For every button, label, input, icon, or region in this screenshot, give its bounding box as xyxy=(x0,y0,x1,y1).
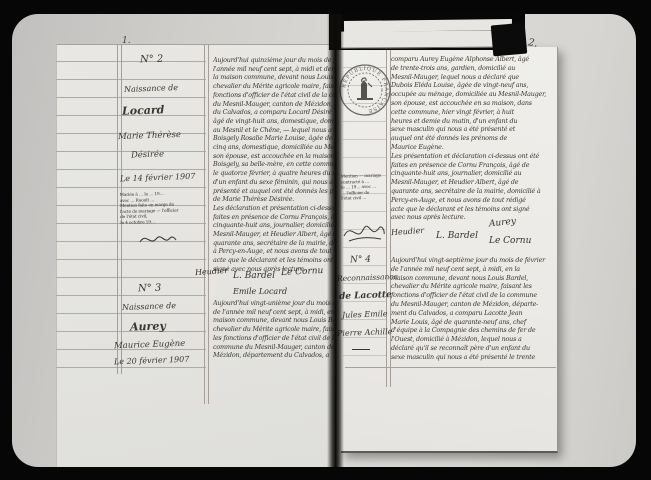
handwritten-line: Percy-en-Auge, et nous avons de tout réd… xyxy=(391,196,556,205)
act-4-surname: de Lacotte xyxy=(339,290,392,302)
handwritten-line: l'année mil neuf cent sept, à midi et de… xyxy=(213,65,334,74)
handwritten-line: chevalier du Mérite agricole maire, fais… xyxy=(213,82,334,91)
handwritten-line: Mézidon, département du Calvados, a xyxy=(213,351,334,360)
handwritten-line: Les déclaration et présentation ci-dessu… xyxy=(213,204,334,213)
handwritten-line: Marie Louis, âgé de quarante-neuf ans, c… xyxy=(391,318,556,327)
act-4-body: Aujourd'hui vingt-septième jour du mois … xyxy=(391,256,556,362)
act-3-type: Naissance de xyxy=(122,301,176,312)
handwritten-line: Mesnil-Mauger, lequel nous a déclaré que xyxy=(391,73,556,82)
act-3-surname: Aurey xyxy=(130,319,166,333)
handwritten-line: son épouse, est accouchée en la maison d… xyxy=(213,152,334,161)
handwritten-line: quarante ans, secrétaire de la mairie, d… xyxy=(213,239,334,248)
handwritten-line: de trente-trois ans, gardien, domicilié … xyxy=(391,64,556,73)
handwritten-line: l'Ouest, domicilié à Mézidon, lequel nou… xyxy=(391,335,556,344)
act-number-4: N° 4 xyxy=(350,255,371,266)
handwritten-line: maison commune, devant nous Louis Bardel… xyxy=(213,316,334,325)
handwritten-line: Boisgely, sa belle-mère, en cette commun… xyxy=(213,160,334,169)
handwritten-line: heures et demie du matin, d'un enfant du xyxy=(391,117,556,126)
handwritten-line: fonctions d'officier de l'état civil de … xyxy=(391,291,556,300)
handwritten-line: acte que le déclarant et les témoins ont… xyxy=(391,205,556,214)
act-2-surname: Locard xyxy=(122,103,165,117)
handwritten-line: de l'année mil neuf cent sept, à midi, e… xyxy=(213,308,334,317)
handwritten-line: Mesnil-Mauger, et Heudier Albert, âgé de xyxy=(213,230,334,239)
act-number-3: N° 3 xyxy=(138,283,162,295)
act-2-body: Aujourd'hui quinzième jour du mois de fé… xyxy=(213,56,334,274)
handwritten-line: Mesnil-Mauger, et Heudier Albert, âgé de xyxy=(391,178,556,187)
marriage-mention-stamp-right: Mention — mariagecontracté à …le … 19… a… xyxy=(341,172,388,201)
act-3-signature-mayor: L. Bardel xyxy=(436,231,478,241)
handwritten-line: du Calvados, a comparu Locard Désiré Emi… xyxy=(213,108,334,117)
signature-flourish-icon xyxy=(138,232,178,248)
book-gutter-shadow xyxy=(327,14,344,467)
act-number-2: N° 2 xyxy=(140,54,164,66)
handwritten-line: occupée au ménage, domiciliée au Mesnil-… xyxy=(391,90,556,99)
right-folio-number: 2. xyxy=(527,37,538,49)
handwritten-line: commune du Mesnil-Mauger, canton de xyxy=(213,343,334,352)
handwritten-line: cinquante-huit ans, journalier, domicili… xyxy=(391,169,556,178)
handwritten-line: cinquante-huit ans, journalier, domicili… xyxy=(213,221,334,230)
handwritten-line: maison commune, devant nous Louis Bardel… xyxy=(391,274,556,283)
handwritten-line: Boisgely Rosalie Marie Louise, âgée de v… xyxy=(213,134,334,143)
right-page-frame-bottom-line xyxy=(345,367,556,368)
handwritten-line: déclaré qu'il se reconnaît père d'un enf… xyxy=(391,344,556,353)
act-3-signature-witness-2: Le Cornu xyxy=(489,236,531,246)
handwritten-line: du Mesnil-Mauger, canton de Mézidon, dép… xyxy=(213,100,334,109)
act-4-given-names-2: Pierre Achille xyxy=(337,327,393,338)
republique-francaise-seal: RÉPUBLIQUE FRANÇAISE xyxy=(337,62,393,118)
act-4-given-names: Jules Emile xyxy=(342,309,388,320)
handwritten-line: Dubois Eléda Louise, âgée de vingt-neuf … xyxy=(391,81,556,90)
handwritten-line: auquel ont été donnés les prénoms de xyxy=(391,134,556,143)
left-page-margin-rule-inner xyxy=(204,44,209,404)
handwritten-line: sexe masculin qui nous a été présenté le… xyxy=(391,353,556,362)
handwritten-line: faites en présence de Cornu François, âg… xyxy=(213,213,334,222)
handwritten-line: d'équipe à la Compagnie des chemins de f… xyxy=(391,326,556,335)
handwritten-line: faites en présence de Cornu François, âg… xyxy=(391,161,556,170)
handwritten-line: chevalier du Mérite agricole maire, fais… xyxy=(391,282,556,291)
handwritten-line: les fonctions d'officier de l'état civil… xyxy=(213,334,334,343)
handwritten-line: son épouse, est accouchée en sa maison, … xyxy=(391,99,556,108)
handwritten-line: chevalier du Mérite agricole maire, fais… xyxy=(213,325,334,334)
handwritten-line: cinq ans, domestique, domiciliée au Mesn… xyxy=(213,143,334,152)
handwritten-line: l'état civil … xyxy=(341,195,387,202)
handwritten-line: cette commune, hier vingt février, à hui… xyxy=(391,108,556,117)
handwritten-line: la maison commune, devant nous Louis Bar… xyxy=(213,73,334,82)
handwritten-line: au Mesnil et le Chêne, — lequel nous a d… xyxy=(213,126,334,135)
binder-clip xyxy=(491,23,528,57)
handwritten-line: âgé de vingt-huit ans, domestique, domic… xyxy=(213,117,334,126)
handwritten-line: ment du Calvados, a comparu Lacotte Jean xyxy=(391,309,556,318)
handwritten-line: Maurice Eugène. xyxy=(391,143,556,152)
handwritten-line: Les présentation et déclaration ci-dessu… xyxy=(391,152,556,161)
handwritten-line: acte que le déclarant et les témoins ont xyxy=(213,256,334,265)
handwritten-line: à Percy-en-Auge, et nous avons de tout r… xyxy=(213,247,334,256)
handwritten-line: de l'année mil neuf cent sept, à midi, e… xyxy=(391,265,556,274)
handwritten-line: quarante ans, secrétaire de la mairie, d… xyxy=(391,187,556,196)
left-folio-number: 1. xyxy=(122,36,131,46)
handwritten-line: du Mesnil-Mauger, canton de Mézidon, dép… xyxy=(391,300,556,309)
handwritten-line: Aujourd'hui vingt-unième jour du mois de… xyxy=(213,299,334,308)
handwritten-line: sexe masculin qui nous a été présenté et xyxy=(391,125,556,134)
act-2-signature-mayor: L. Bardel xyxy=(233,271,275,281)
handwritten-line: avec nous après lecture. xyxy=(391,213,556,222)
stacked-page-edge xyxy=(341,30,516,48)
handwritten-line: d'un enfant du sexe féminin, qui nous a … xyxy=(213,178,334,187)
handwritten-line: fonctions d'officier de l'état civil de … xyxy=(213,91,334,100)
handwritten-line: comparu Aurey Eugène Alphonse Albert, âg… xyxy=(391,55,556,64)
handwritten-line: Aujourd'hui quinzième jour du mois de fé… xyxy=(213,56,334,65)
margin-dash-mark xyxy=(352,349,370,350)
marriage-mention-stamp-left: Mariée à … le … 19…avec … Raoult …Mentio… xyxy=(120,190,199,226)
act-2-type: Naissance de xyxy=(124,83,178,94)
handwritten-line: de Marie Thérèse Désirée. xyxy=(213,195,334,204)
margin-paraphe-icon xyxy=(341,220,387,246)
handwritten-line: le quatorze février, à quatre heures du … xyxy=(213,169,334,178)
handwritten-line: présenté et auquel ont été donnés les pr… xyxy=(213,187,334,196)
act-3-body-continued: comparu Aurey Eugène Alphonse Albert, âg… xyxy=(391,55,556,222)
act-2-given-names-2: Désirée xyxy=(131,149,164,160)
handwritten-line: Aujourd'hui vingt-septième jour du mois … xyxy=(391,256,556,265)
act-3-body: Aujourd'hui vingt-unième jour du mois de… xyxy=(213,299,334,360)
act-2-signature-declarant: Emile Locard xyxy=(233,287,287,296)
